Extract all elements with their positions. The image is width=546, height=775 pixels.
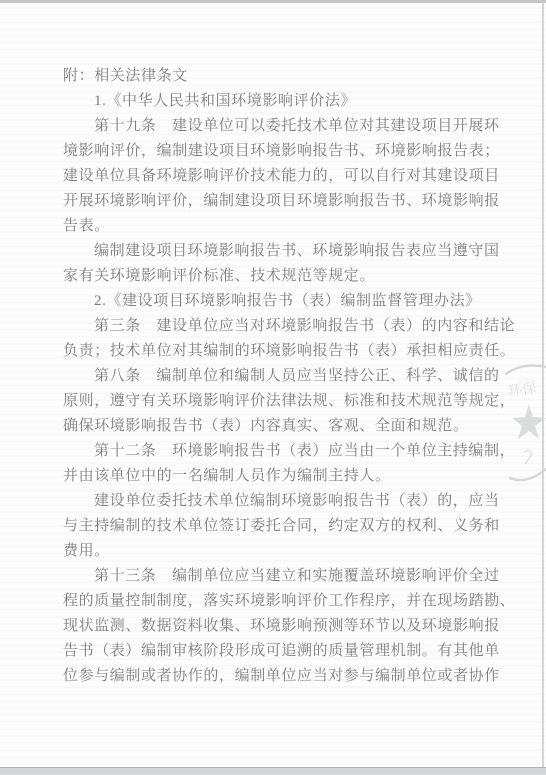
text-line: 费用。 bbox=[63, 539, 523, 564]
scan-bottom-edge bbox=[0, 767, 546, 775]
text-line: 现状监测、数据资料收集、环境影响预测等环节以及环境影响报 bbox=[63, 614, 523, 639]
text-line: 负责；技术单位对其编制的环境影响报告书（表）承担相应责任。 bbox=[63, 339, 523, 364]
law-title-2: 2.《建设项目环境影响报告书（表）编制监督管理办法》 bbox=[63, 289, 523, 314]
text-line: 编制建设项目环境影响报告书、环境影响报告表应当遵守国 bbox=[63, 239, 523, 264]
text-line: 位参与编制或者协作的，编制单位应当对参与编制单位或者协作 bbox=[63, 664, 523, 689]
text-line: 建设单位委托技术单位编制环境影响报告书（表）的，应当 bbox=[63, 489, 523, 514]
text-line: 原则，遵守有关环境影响评价法律法规、标准和技术规范等规定， bbox=[63, 389, 523, 414]
text-line: 开展环境影响评价，编制建设项目环境影响报告书、环境影响报 bbox=[63, 189, 523, 214]
attachment-heading: 附：相关法律条文 bbox=[63, 64, 523, 89]
article-13-line: 第十三条 编制单位应当建立和实施覆盖环境影响评价全过 bbox=[63, 564, 523, 589]
document-lines: 附：相关法律条文1.《中华人民共和国环境影响评价法》第十九条 建设单位可以委托技… bbox=[63, 64, 523, 689]
scan-top-edge bbox=[0, 0, 546, 3]
text-line: 并由该单位中的一名编制人员作为编制主持人。 bbox=[63, 464, 523, 489]
text-line: 告表。 bbox=[63, 214, 523, 239]
text-line: 告书（表）编制审核阶段形成可追溯的质量管理机制。有其他单 bbox=[63, 639, 523, 664]
article-3-line: 第三条 建设单位应当对环境影响报告书（表）的内容和结论 bbox=[63, 314, 523, 339]
article-19-line: 第十九条 建设单位可以委托技术单位对其建设项目开展环 bbox=[63, 114, 523, 139]
scan-right-edge bbox=[542, 3, 544, 768]
article-12-line: 第十二条 环境影响报告书（表）应当由一个单位主持编制， bbox=[63, 439, 523, 464]
text-line: 确保环境影响报告书（表）内容真实、客观、全面和规范。 bbox=[63, 414, 523, 439]
text-line: 程的质量控制制度，落实环境影响评价工作程序，并在现场踏勘、 bbox=[63, 589, 523, 614]
seal-inner-mark bbox=[524, 450, 532, 464]
text-line: 与主持编制的技术单位签订委托合同，约定双方的权利、义务和 bbox=[63, 514, 523, 539]
text-line: 境影响评价，编制建设项目环境影响报告书、环境影响报告表； bbox=[63, 139, 523, 164]
text-line: 家有关环境影响评价标准、技术规范等规定。 bbox=[63, 264, 523, 289]
law-title-1: 1.《中华人民共和国环境影响评价法》 bbox=[63, 89, 523, 114]
text-line: 建设单位具备环境影响评价技术能力的，可以自行对其建设项目 bbox=[63, 164, 523, 189]
article-8-line: 第八条 编制单位和编制人员应当坚持公正、科学、诚信的 bbox=[63, 364, 523, 389]
scanned-document-page: 附：相关法律条文1.《中华人民共和国环境影响评价法》第十九条 建设单位可以委托技… bbox=[0, 0, 546, 775]
